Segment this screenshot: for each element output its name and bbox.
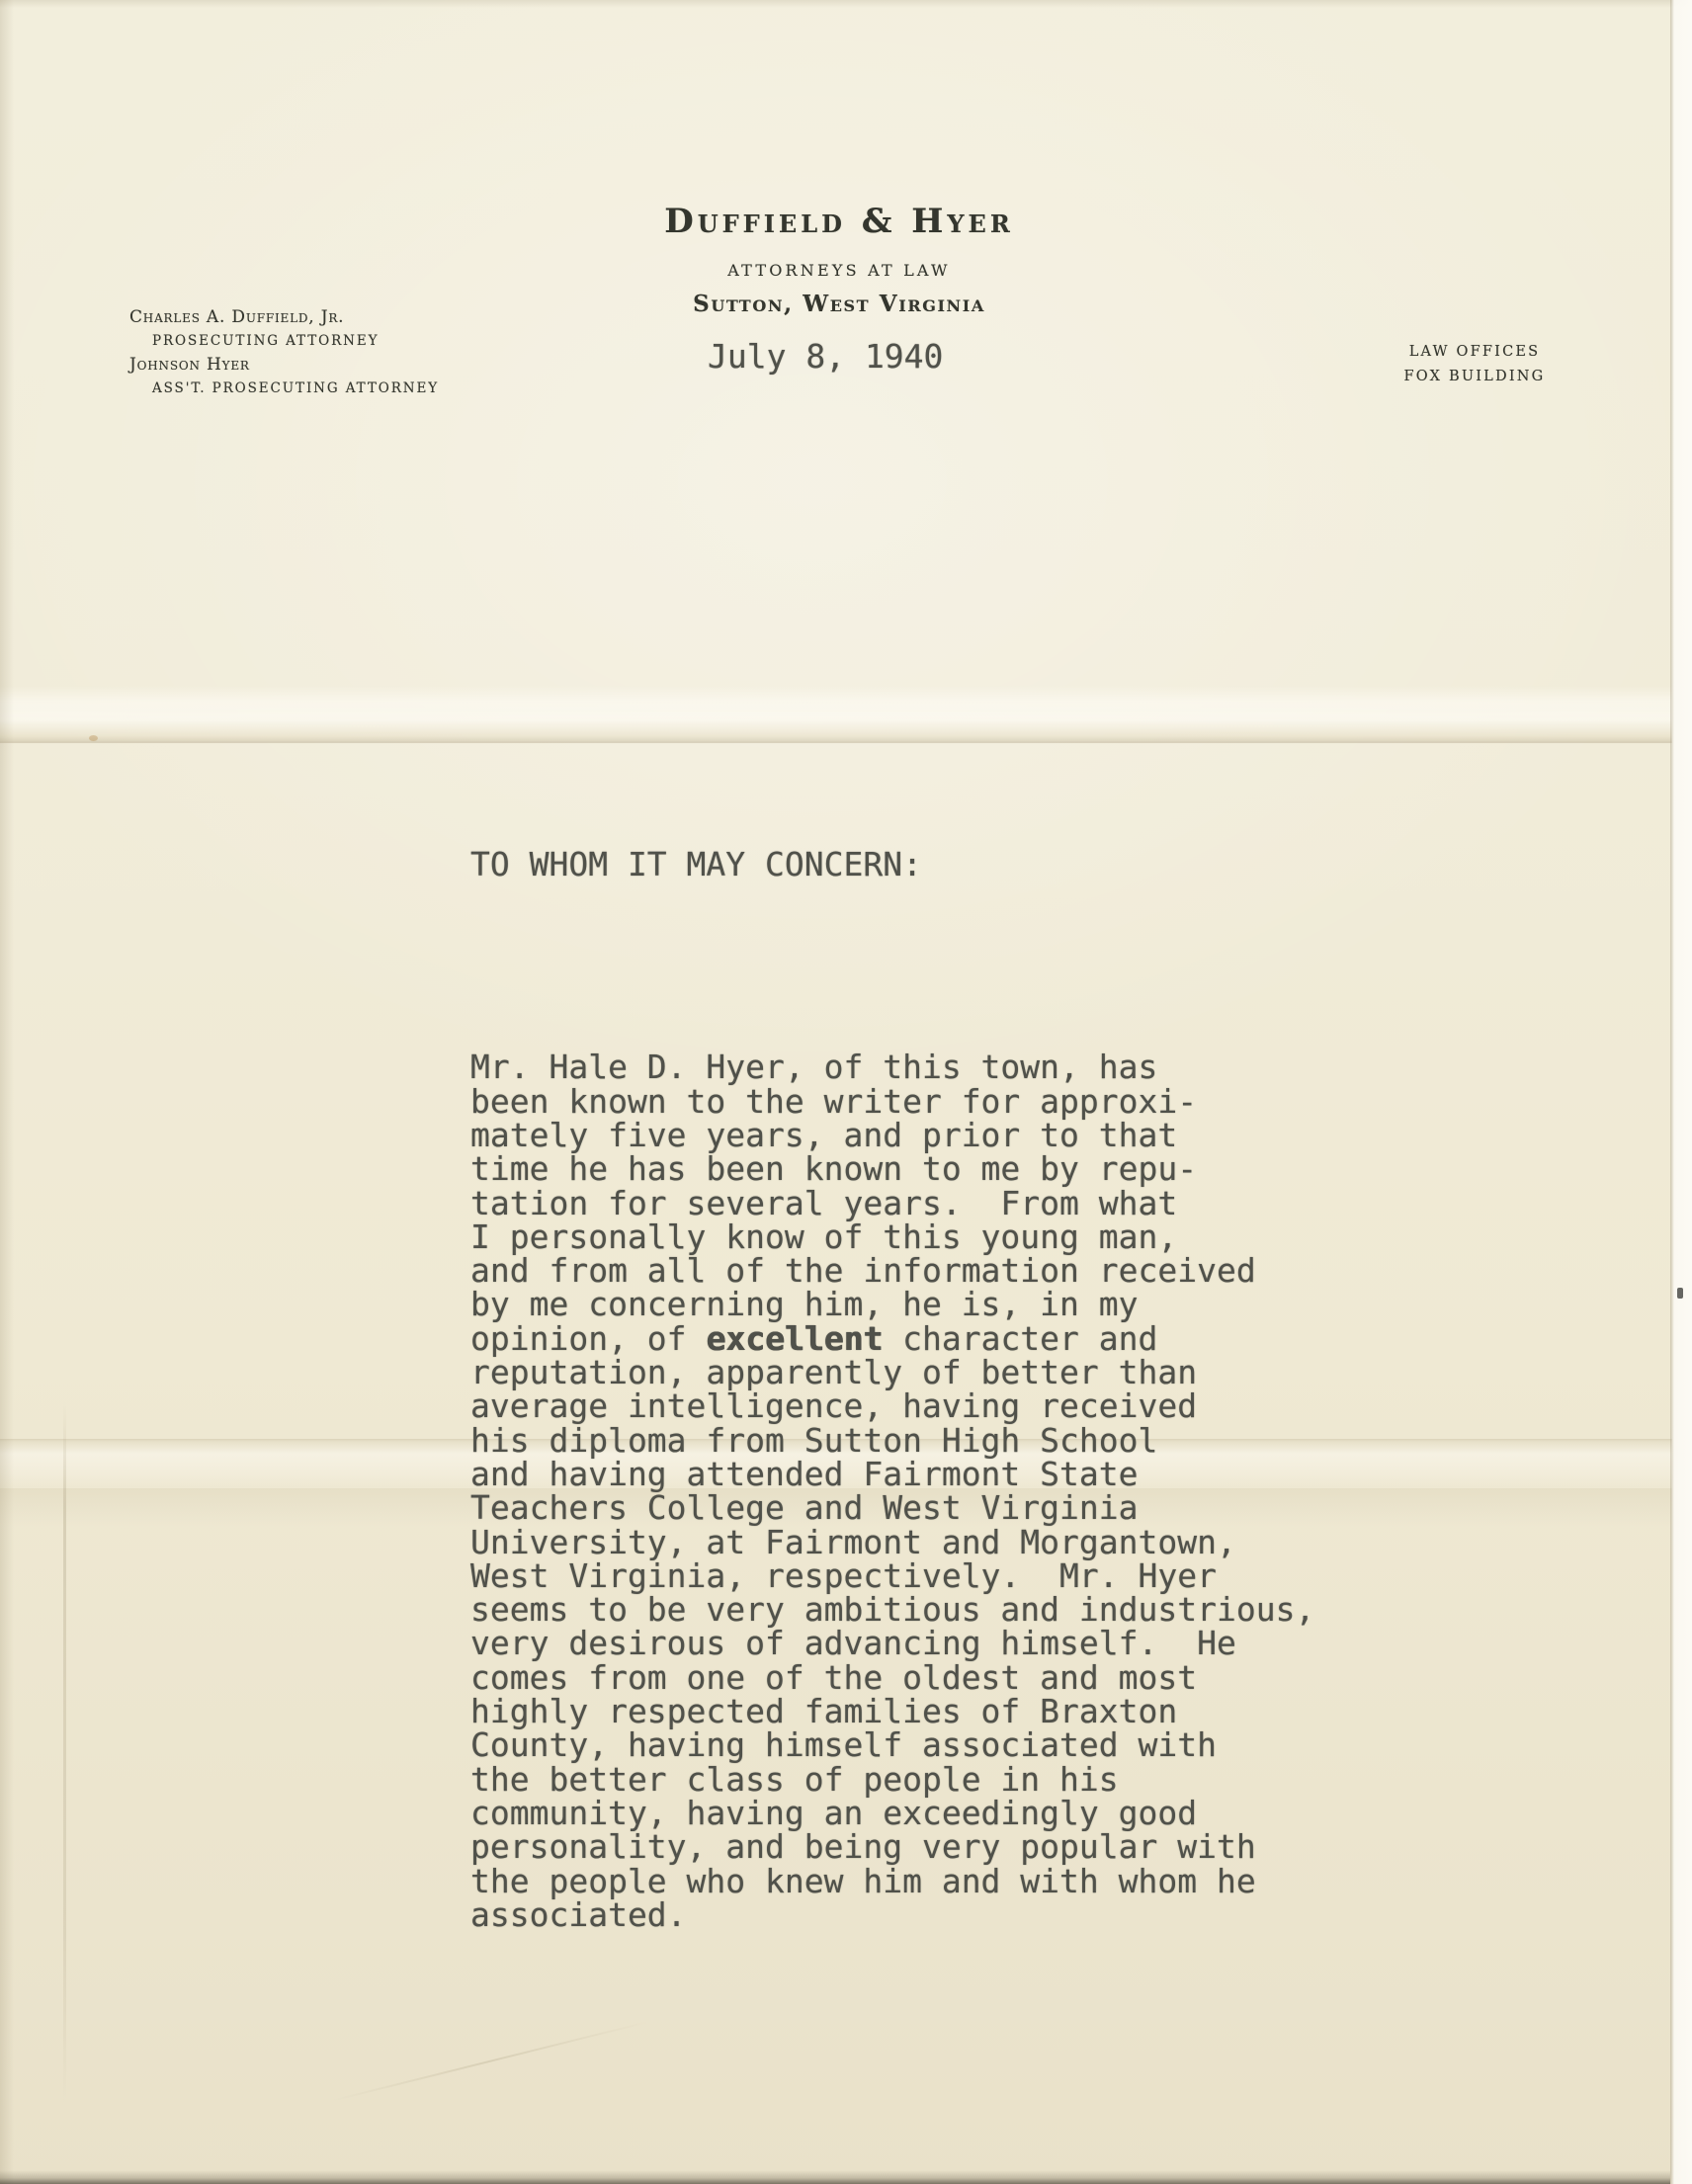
body-line: comes from one of the oldest and most (470, 1661, 1314, 1695)
body-line: highly respected families of Braxton (470, 1695, 1314, 1728)
paper-edge-bottom (0, 2170, 1670, 2184)
firm-name: Duffield & Hyer (559, 202, 1119, 241)
body-line: been known to the writer for approxi- (470, 1085, 1314, 1119)
edge-speck (1677, 1288, 1683, 1299)
attorney-name-hyer: Johnson Hyer (129, 353, 485, 377)
body-line: and having attended Fairmont State (470, 1458, 1314, 1491)
body-line: very desirous of advancing himself. He (470, 1627, 1314, 1660)
body-line: mately five years, and prior to that (470, 1119, 1314, 1152)
body-line: the people who knew him and with whom he (470, 1865, 1314, 1898)
letter-date: July 8, 1940 (708, 339, 943, 375)
paper-edge-right (1670, 0, 1692, 2184)
body-line: I personally know of this young man, (470, 1220, 1314, 1254)
body-lines: Mr. Hale D. Hyer, of this town, hasbeen … (470, 1050, 1314, 1932)
body-line: the better class of people in his (470, 1763, 1314, 1797)
paper-stain (89, 735, 98, 741)
law-offices-label: LAW OFFICES (1387, 340, 1563, 365)
body-line: seems to be very ambitious and industrio… (470, 1593, 1314, 1627)
letterhead-center-block: Duffield & Hyer ATTORNEYS AT LAW Sutton,… (559, 202, 1119, 318)
body-line: reputation, apparently of better than (470, 1356, 1314, 1389)
body-line: associated. (470, 1898, 1314, 1932)
body-line: his diploma from Sutton High School (470, 1424, 1314, 1458)
body-line: University, at Fairmont and Morgantown, (470, 1526, 1314, 1559)
attorney-name-duffield: Charles A. Duffield, Jr. (129, 305, 485, 329)
letterhead-right-block: LAW OFFICES FOX BUILDING (1387, 340, 1563, 389)
body-line: and from all of the information received (470, 1254, 1314, 1288)
blank-line (470, 949, 1314, 982)
vertical-crease (63, 1401, 66, 2103)
body-line: community, having an exceedingly good (470, 1797, 1314, 1830)
attorney-title-duffield: PROSECUTING ATTORNEY (129, 329, 485, 353)
overstruck-word: excellent (706, 1319, 883, 1358)
body-line: County, having himself associated with (470, 1728, 1314, 1762)
body-line: opinion, of excellent character and (470, 1322, 1314, 1356)
body-line: time he has been known to me by repu- (470, 1152, 1314, 1186)
salutation: TO WHOM IT MAY CONCERN: (470, 848, 1314, 882)
letter-body: TO WHOM IT MAY CONCERN: Mr. Hale D. Hyer… (470, 780, 1314, 2000)
body-line: by me concerning him, he is, in my (470, 1288, 1314, 1321)
letterhead-left-block: Charles A. Duffield, Jr. PROSECUTING ATT… (129, 305, 485, 400)
body-line: Teachers College and West Virginia (470, 1491, 1314, 1525)
fox-building-label: FOX BUILDING (1387, 365, 1563, 389)
body-line: Mr. Hale D. Hyer, of this town, has (470, 1050, 1314, 1084)
paper-edge-left (0, 0, 14, 2184)
attorney-title-hyer: ASS'T. PROSECUTING ATTORNEY (129, 377, 485, 400)
body-line: average intelligence, having received (470, 1389, 1314, 1423)
fold-crease-top (0, 686, 1672, 743)
scanned-letter-page: Charles A. Duffield, Jr. PROSECUTING ATT… (0, 0, 1692, 2184)
body-line: tation for several years. From what (470, 1187, 1314, 1220)
body-line: West Virginia, respectively. Mr. Hyer (470, 1559, 1314, 1593)
paper-edge-top (0, 0, 1692, 8)
firm-subtitle: ATTORNEYS AT LAW (559, 260, 1119, 282)
firm-location: Sutton, West Virginia (559, 291, 1119, 318)
body-line: personality, and being very popular with (470, 1830, 1314, 1864)
